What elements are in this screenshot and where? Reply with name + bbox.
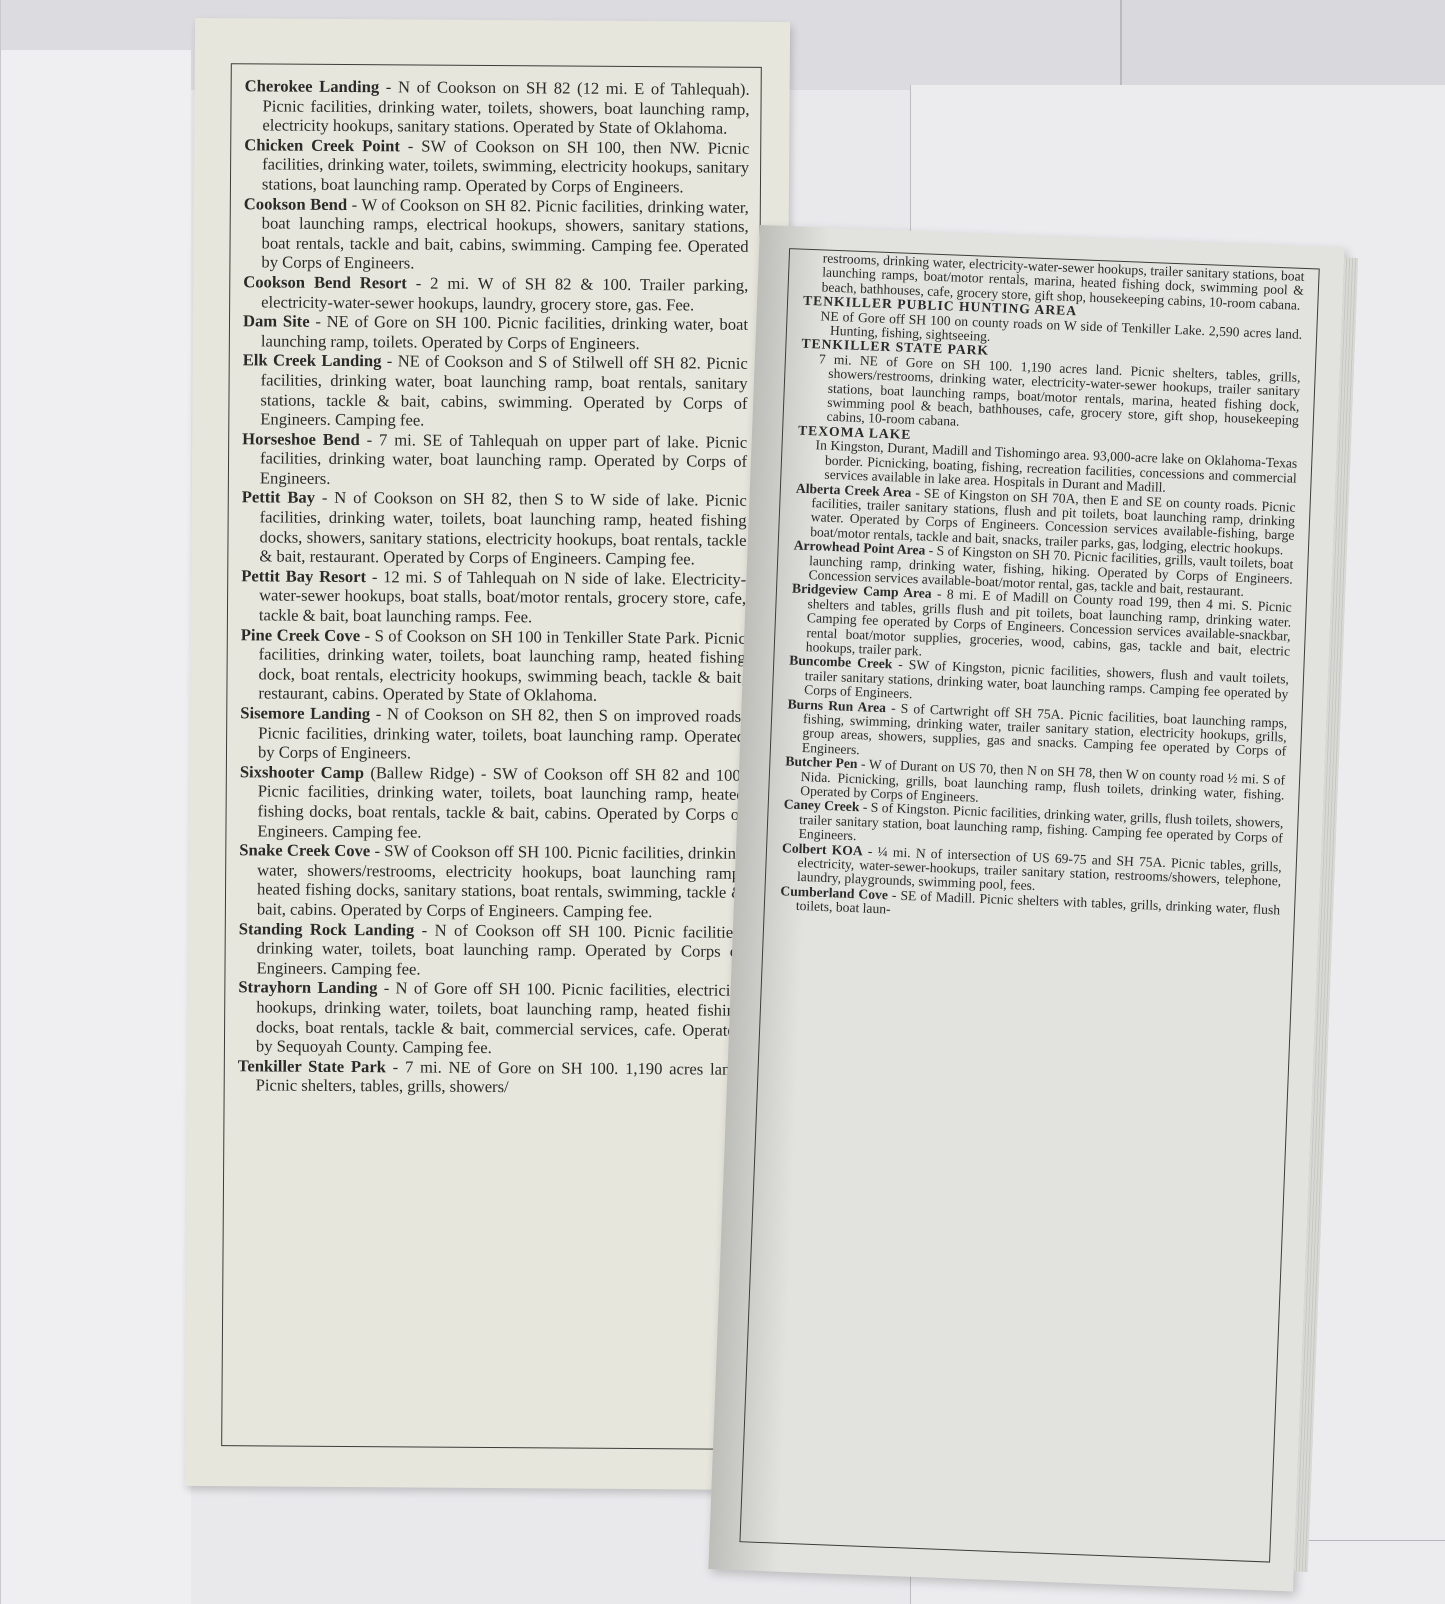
entry-name: Tenkiller State Park bbox=[238, 1056, 386, 1076]
entry-name: Snake Creek Cove bbox=[239, 840, 370, 860]
campground-entry: Cherokee Landing - N of Cookson on SH 82… bbox=[244, 76, 749, 138]
campground-entry: Standing Rock Landing - N of Cookson off… bbox=[238, 919, 743, 981]
brochure-left-page: Cherokee Landing - N of Cookson on SH 82… bbox=[185, 18, 790, 1490]
campground-entry: Elk Creek Landing - NE of Cookson and S … bbox=[242, 351, 748, 433]
background-sheet bbox=[0, 50, 191, 1604]
entry-name: Cherokee Landing bbox=[245, 76, 380, 96]
campground-entry: Chicken Creek Point - SW of Cookson on S… bbox=[244, 135, 749, 197]
right-page-text-column: restrooms, drinking water, electricity-w… bbox=[780, 251, 1305, 932]
entry-name: Sisemore Landing bbox=[240, 703, 370, 723]
entry-name: Pettit Bay Resort bbox=[241, 566, 366, 586]
entry-name: Cookson Bend bbox=[244, 194, 347, 214]
brochure-right-page: restrooms, drinking water, electricity-w… bbox=[708, 225, 1344, 1591]
entry-name: Dam Site bbox=[243, 311, 310, 330]
entry-name: Horseshoe Bend bbox=[242, 429, 360, 449]
entry-name: Sixshooter Camp bbox=[240, 762, 364, 782]
entry-name: Chicken Creek Point bbox=[244, 135, 400, 155]
left-page-text-column: Cherokee Landing - N of Cookson on SH 82… bbox=[238, 76, 750, 1098]
entry-name: Elk Creek Landing bbox=[243, 351, 382, 371]
campground-entry: Cookson Bend - W of Cookson on SH 82. Pi… bbox=[243, 194, 749, 276]
entry-name: Cookson Bend Resort bbox=[243, 272, 407, 292]
entry-description: - N of Cookson on SH 82, then S to W sid… bbox=[259, 488, 747, 568]
campground-entry: Pettit Bay Resort - 12 mi. S of Tahlequa… bbox=[241, 566, 746, 628]
entry-name: Pettit Bay bbox=[242, 488, 315, 508]
campground-entry: Tenkiller State Park - 7 mi. NE of Gore … bbox=[238, 1056, 743, 1099]
campground-entry: Horseshoe Bend - 7 mi. SE of Tahlequah o… bbox=[242, 429, 747, 491]
campground-entry: Sixshooter Camp (Ballew Ridge) - SW of C… bbox=[239, 762, 745, 844]
entry-name: Strayhorn Landing bbox=[238, 978, 377, 998]
campground-entry: Snake Creek Cove - SW of Cookson off SH … bbox=[239, 840, 745, 922]
campground-entry: Pettit Bay - N of Cookson on SH 82, then… bbox=[241, 488, 747, 570]
entry-name: Standing Rock Landing bbox=[239, 919, 415, 939]
entry-description: - NE of Gore on SH 100. Picnic facilitie… bbox=[261, 312, 748, 353]
campground-entry: Sisemore Landing - N of Cookson on SH 82… bbox=[240, 703, 745, 765]
campground-entry: Strayhorn Landing - N of Gore off SH 100… bbox=[238, 978, 744, 1060]
campground-entry: Pine Creek Cove - S of Cookson on SH 100… bbox=[240, 625, 746, 707]
campground-entry: Dam Site - NE of Gore on SH 100. Picnic … bbox=[243, 311, 748, 354]
campground-entry: Cookson Bend Resort - 2 mi. W of SH 82 &… bbox=[243, 272, 748, 315]
entry-name: Pine Creek Cove bbox=[241, 625, 360, 645]
